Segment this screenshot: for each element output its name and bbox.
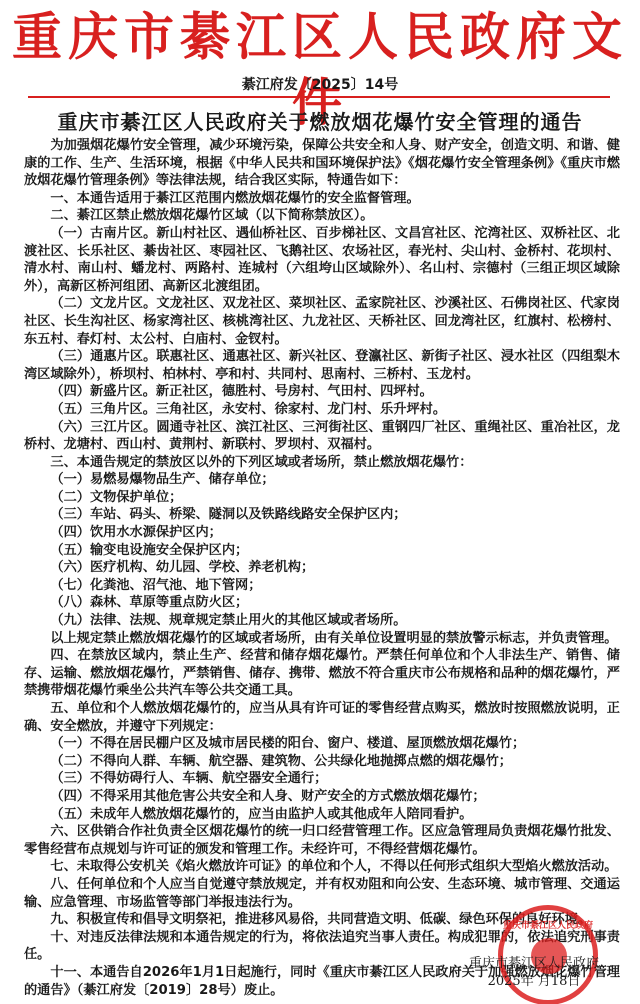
article-6: 六、区供销合作社负责全区烟花爆竹的统一归口经营管理工作。区应急管理局负责烟花爆竹… <box>24 823 620 858</box>
article-5: 五、单位和个人燃放烟花爆竹的，应当从具有许可证的零售经营点购买，燃放时按照燃放说… <box>24 700 620 735</box>
article-2: 二、綦江区禁止燃放烟花爆竹区域（以下简称禁放区）。 <box>24 207 620 225</box>
zone-tonghui: （三）通惠片区。联惠社区、通惠社区、新兴社区、登瀛社区、新街子社区、浸水社区（四… <box>24 348 620 383</box>
document-title: 重庆市綦江区人民政府关于燃放烟花爆竹安全管理的通告 <box>0 106 640 135</box>
zone-gunan: （一）古南片区。新山村社区、遇仙桥社区、百步梯社区、文昌宫社区、沱湾社区、双桥社… <box>24 225 620 295</box>
signage-paragraph: 以上规定禁止燃放烟花爆竹的区域或者场所，由有关单位设置明显的禁放警示标志，并负责… <box>24 630 620 648</box>
article-7: 七、未取得公安机关《焰火燃放许可证》的单位和个人，不得以任何形式组织大型焰火燃放… <box>24 858 620 876</box>
article-1: 一、本通告适用于綦江区范围内燃放烟花爆竹的安全监督管理。 <box>24 190 620 208</box>
red-divider <box>28 96 610 98</box>
list-item: （一）易燃易爆物品生产、储存单位； <box>24 471 620 489</box>
list-item: （三）车站、码头、桥梁、隧洞以及铁路线路安全保护区内； <box>24 506 620 524</box>
list-item: （一）不得在居民棚户区及城市居民楼的阳台、窗户、楼道、屋顶燃放烟花爆竹； <box>24 735 620 753</box>
list-item: （五）输变电设施安全保护区内； <box>24 542 620 560</box>
issuer: 重庆市綦江区人民政府 <box>464 955 604 973</box>
list-item: （四）饮用水水源保护区内； <box>24 524 620 542</box>
article-4: 四、在禁放区域内，禁止生产、经营和储存烟花爆竹。严禁任何单位和个人非法生产、销售… <box>24 647 620 700</box>
zone-sanjiang: （六）三江片区。圆通寺社区、滨江社区、三河街社区、重钢四厂社区、重绳社区、重冶社… <box>24 419 620 454</box>
seal-text: 重庆市綦江区人民政府 <box>503 918 593 931</box>
article-3: 三、本通告规定的禁放区以外的下列区域或者场所，禁止燃放烟花爆竹： <box>24 454 620 472</box>
document-body: 为加强烟花爆竹安全管理，减少环境污染，保障公共安全和人身、财产安全，创造文明、和… <box>24 137 620 999</box>
zone-sanjiao: （五）三角片区。三角社区，永安村、徐家村、龙门村、乐升坪村。 <box>24 401 620 419</box>
zone-wenlong: （二）文龙片区。文龙社区、双龙社区、菜坝社区、孟家院社区、沙溪社区、石佛岗社区、… <box>24 295 620 348</box>
list-item: （五）未成年人燃放烟花爆竹的，应当由监护人或其他成年人陪同看护。 <box>24 806 620 824</box>
list-item: （二）不得向人群、车辆、航空器、建筑物、公共绿化地抛掷点燃的烟花爆竹； <box>24 753 620 771</box>
list-item: （四）不得采用其他危害公共安全和人身、财产安全的方式燃放烟花爆竹； <box>24 788 620 806</box>
zone-xinsheng: （四）新盛片区。新正社区，德胜村、号房村、气田村、四坪村。 <box>24 383 620 401</box>
list-item: （七）化粪池、沼气池、地下管网； <box>24 577 620 595</box>
intro-paragraph: 为加强烟花爆竹安全管理，减少环境污染，保障公共安全和人身、财产安全，创造文明、和… <box>24 137 620 190</box>
document-number: 綦江府发〔2025〕14号 <box>0 74 640 94</box>
list-item: （六）医疗机构、幼儿园、学校、养老机构； <box>24 559 620 577</box>
list-item: （九）法律、法规、规章规定禁止用火的其他区域或者场所。 <box>24 612 620 630</box>
list-item: （二）文物保护单位； <box>24 489 620 507</box>
article-8: 八、任何单位和个人应当自觉遵守禁放规定，并有权劝阻和向公安、生态环境、城市管理、… <box>24 876 620 911</box>
issue-date: 2025年 月18日 <box>464 973 604 991</box>
signature-block: 重庆市綦江区人民政府 2025年 月18日 <box>464 955 604 991</box>
list-item: （八）森林、草原等重点防火区； <box>24 594 620 612</box>
list-item: （三）不得妨碍行人、车辆、航空器安全通行； <box>24 770 620 788</box>
